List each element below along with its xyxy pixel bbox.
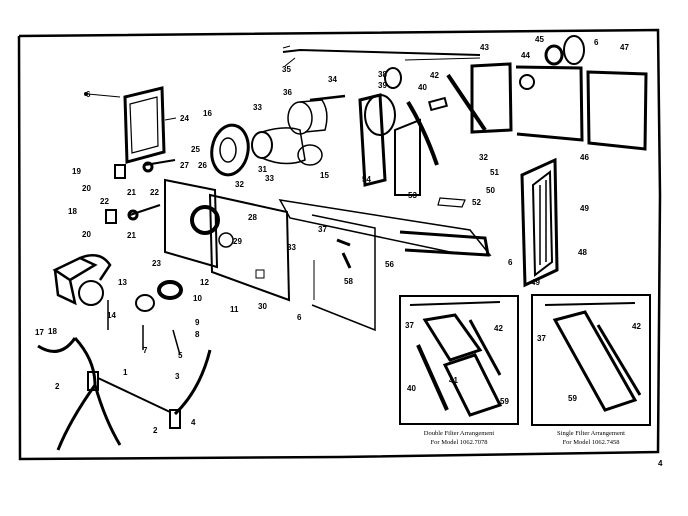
callout-8: 8 — [195, 330, 200, 339]
callout-49: 49 — [580, 204, 589, 213]
callout-30: 30 — [258, 302, 267, 311]
callout-33: 33 — [287, 243, 296, 252]
callout-24: 24 — [180, 114, 189, 123]
callout-7: 7 — [143, 346, 148, 355]
callout-47: 47 — [620, 43, 629, 52]
callout-45: 45 — [535, 35, 544, 44]
callout-37: 37 — [318, 225, 327, 234]
callout-18: 18 — [68, 207, 77, 216]
callout-38: 38 — [378, 70, 387, 79]
callout-41: 41 — [449, 376, 458, 385]
callout-2: 2 — [55, 382, 60, 391]
callout-5: 5 — [178, 351, 183, 360]
callout-labels: 6241633363435383940424345446474625263119… — [35, 35, 663, 468]
callout-10: 10 — [193, 294, 202, 303]
base-tray — [280, 198, 490, 255]
callout-6: 6 — [508, 258, 513, 267]
callout-40: 40 — [418, 83, 427, 92]
door-panel-24 — [84, 88, 176, 162]
callout-19: 19 — [72, 167, 81, 176]
callout-20: 20 — [82, 230, 91, 239]
callout-32: 32 — [235, 180, 244, 189]
callout-33: 33 — [253, 103, 262, 112]
callout-46: 46 — [580, 153, 589, 162]
callout-48: 48 — [578, 248, 587, 257]
inset-single-filter — [532, 295, 650, 425]
callout-13: 13 — [118, 278, 127, 287]
callout-17: 17 — [35, 328, 44, 337]
callout-18: 18 — [48, 327, 57, 336]
callout-43: 43 — [480, 43, 489, 52]
top-rail-35 — [283, 46, 480, 66]
callout-12: 12 — [200, 278, 209, 287]
caption-single-line2: For Model 1062.7458 — [563, 439, 620, 446]
callout-27: 27 — [180, 161, 189, 170]
callout-42: 42 — [430, 71, 439, 80]
callout-28: 28 — [248, 213, 257, 222]
callout-56: 56 — [385, 260, 394, 269]
callout-51: 51 — [490, 168, 499, 177]
wiring-harness — [38, 338, 210, 450]
callout-4: 4 — [191, 418, 196, 427]
callout-37: 37 — [405, 321, 414, 330]
callout-33: 33 — [265, 174, 274, 183]
callout-50: 50 — [486, 186, 495, 195]
callout-29: 29 — [233, 237, 242, 246]
callout-6: 6 — [594, 38, 599, 47]
filter-panels — [448, 36, 646, 149]
callout-22: 22 — [150, 188, 159, 197]
burner-assembly — [208, 96, 345, 178]
callout-53: 53 — [408, 191, 417, 200]
callout-42: 42 — [632, 322, 641, 331]
callout-34: 34 — [328, 75, 337, 84]
filter-rack — [522, 160, 557, 285]
callout-35: 35 — [282, 65, 291, 74]
blower-housing — [360, 68, 447, 195]
fasteners — [106, 160, 180, 355]
callout-44: 44 — [521, 51, 530, 60]
callout-20: 20 — [82, 184, 91, 193]
callout-37: 37 — [537, 334, 546, 343]
callout-59: 59 — [500, 397, 509, 406]
callout-58: 58 — [344, 277, 353, 286]
caption-single-line1: Single Filter Arrangement — [557, 430, 625, 437]
callout-31: 31 — [258, 165, 267, 174]
callout-16: 16 — [203, 109, 212, 118]
caption-double-line1: Double Filter Arrangement — [424, 430, 495, 437]
callout-11: 11 — [230, 305, 239, 314]
callout-21: 21 — [127, 188, 136, 197]
callout-3: 3 — [175, 372, 180, 381]
callout-42: 42 — [494, 324, 503, 333]
callout-6: 6 — [297, 313, 302, 322]
callout-25: 25 — [191, 145, 200, 154]
callout-40: 40 — [407, 384, 416, 393]
callout-2: 2 — [153, 426, 158, 435]
callout-36: 36 — [283, 88, 292, 97]
callout-23: 23 — [152, 259, 161, 268]
callout-9: 9 — [195, 318, 200, 327]
callout-14: 14 — [107, 311, 116, 320]
parts-diagram: 6241633363435383940424345446474625263119… — [0, 0, 688, 516]
callout-1: 1 — [123, 368, 128, 377]
cabinet-panels — [165, 180, 375, 330]
callout-26: 26 — [198, 161, 207, 170]
callout-4: 4 — [658, 459, 663, 468]
callout-22: 22 — [100, 197, 109, 206]
callout-15: 15 — [320, 171, 329, 180]
callout-54: 54 — [362, 175, 371, 184]
callout-59: 59 — [568, 394, 577, 403]
callout-49: 49 — [531, 278, 540, 287]
caption-double-line2: For Model 1062.7078 — [431, 439, 488, 446]
callout-39: 39 — [378, 81, 387, 90]
callout-6: 6 — [86, 90, 91, 99]
callout-21: 21 — [127, 231, 136, 240]
callout-52: 52 — [472, 198, 481, 207]
callout-32: 32 — [479, 153, 488, 162]
